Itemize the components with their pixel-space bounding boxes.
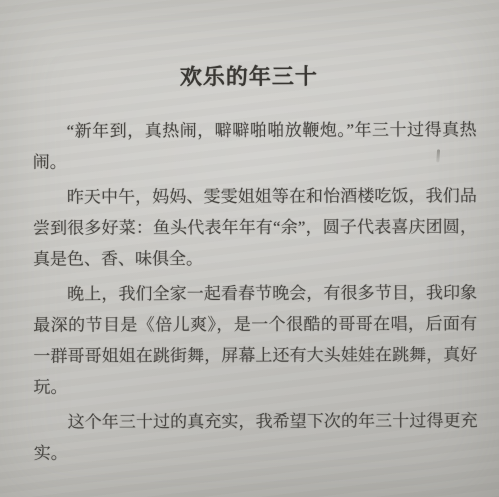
essay-paragraph-1: “新年到，真热闹，噼噼啪啪放鞭炮。”年三十过得真热闹。 — [33, 114, 477, 178]
essay-paragraph-3: 晚上，我们全家一起看春节晚会，有很多节目，我印象最深的节目是《倍儿爽》，是一个很… — [33, 277, 477, 403]
essay-sheet: 欢乐的年三十 “新年到，真热闹，噼噼啪啪放鞭炮。”年三十过得真热闹。 昨天中午，… — [0, 0, 499, 497]
essay-body: “新年到，真热闹，噼噼啪啪放鞭炮。”年三十过得真热闹。 昨天中午，妈妈、雯雯姐姐… — [33, 114, 478, 473]
document-page: 欢乐的年三十 “新年到，真热闹，噼噼啪啪放鞭炮。”年三十过得真热闹。 昨天中午，… — [0, 0, 499, 497]
essay-title: 欢乐的年三十 — [0, 59, 498, 92]
essay-paragraph-4: 这个年三十过的真充实，我希望下次的年三十过得更充实。 — [34, 405, 478, 469]
essay-paragraph-2: 昨天中午，妈妈、雯雯姐姐等在和怡酒楼吃饭，我们品尝到很多好菜：鱼头代表年年有“余… — [33, 180, 477, 275]
